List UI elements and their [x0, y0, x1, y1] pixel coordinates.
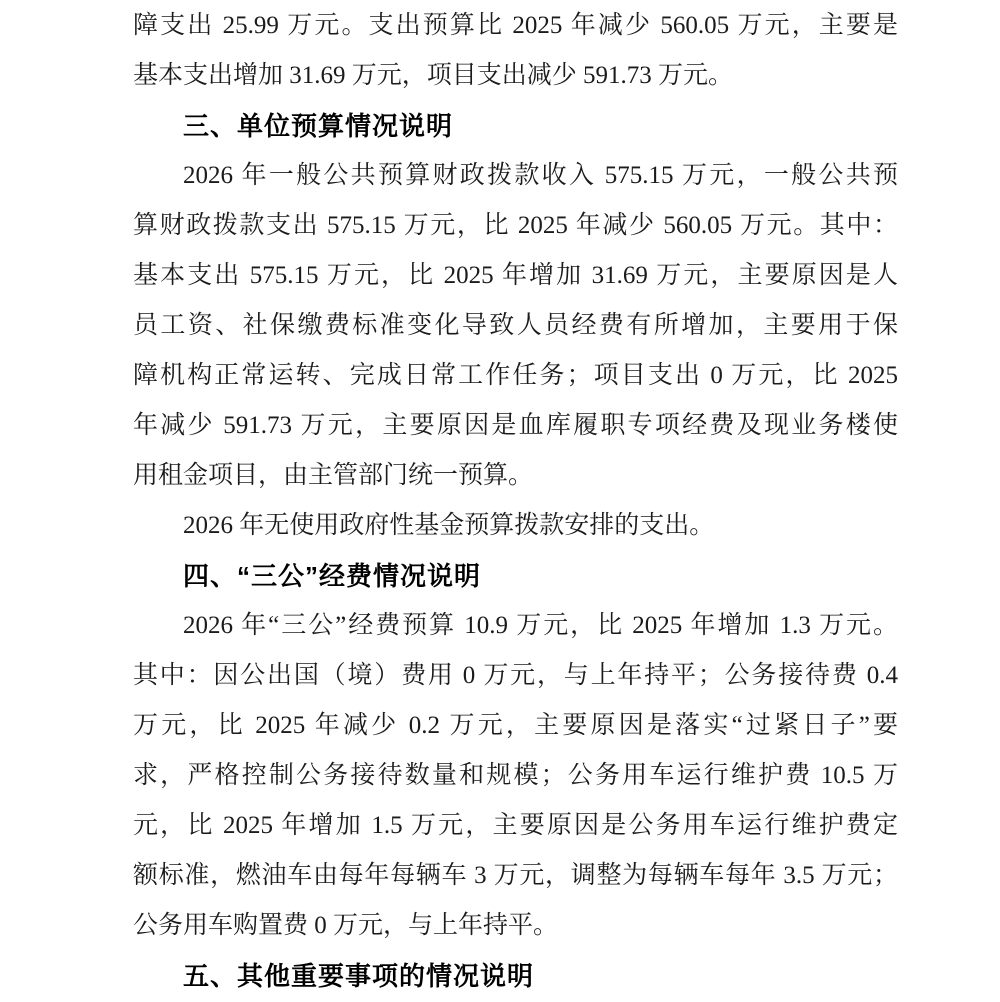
- text-line: 2026 年“三公”经费预算 10.9 万元，比 2025 年增加 1.3 万元…: [133, 601, 898, 651]
- text-line: 2026 年一般公共预算财政拨款收入 575.15 万元，一般公共预: [133, 151, 898, 201]
- text-line: 基本支出 575.15 万元，比 2025 年增加 31.69 万元，主要原因是…: [133, 251, 898, 301]
- text-line: 求，严格控制公务接待数量和规模；公务用车运行维护费 10.5 万: [133, 751, 898, 801]
- text-line: 用租金项目，由主管部门统一预算。: [133, 451, 898, 501]
- text-line: 障支出 25.99 万元。支出预算比 2025 年减少 560.05 万元，主要…: [133, 1, 898, 51]
- text-line: 障机构正常运转、完成日常工作任务；项目支出 0 万元，比 2025: [133, 351, 898, 401]
- text-line: 额标准，燃油车由每年每辆车 3 万元，调整为每辆车每年 3.5 万元；: [133, 851, 898, 901]
- text-line: 算财政拨款支出 575.15 万元，比 2025 年减少 560.05 万元。其…: [133, 201, 898, 251]
- text-line: 公务用车购置费 0 万元，与上年持平。: [133, 901, 898, 951]
- text-line: 其中：因公出国（境）费用 0 万元，与上年持平；公务接待费 0.4: [133, 651, 898, 701]
- heading-section-5: 五、其他重要事项的情况说明: [133, 951, 898, 1001]
- text-line: 年减少 591.73 万元，主要原因是血库履职专项经费及现业务楼使: [133, 401, 898, 451]
- text-line: 万元，比 2025 年减少 0.2 万元，主要原因是落实“过紧日子”要: [133, 701, 898, 751]
- document-page: 障支出 25.99 万元。支出预算比 2025 年减少 560.05 万元，主要…: [0, 0, 1000, 1002]
- text-line: 基本支出增加 31.69 万元，项目支出减少 591.73 万元。: [133, 51, 898, 101]
- document-content: 障支出 25.99 万元。支出预算比 2025 年减少 560.05 万元，主要…: [0, 0, 1000, 1001]
- text-line: 2026 年无使用政府性基金预算拨款安排的支出。: [133, 501, 898, 551]
- heading-section-3: 三、单位预算情况说明: [133, 101, 898, 151]
- text-line: 元，比 2025 年增加 1.5 万元，主要原因是公务用车运行维护费定: [133, 801, 898, 851]
- text-line: 员工资、社保缴费标准变化导致人员经费有所增加，主要用于保: [133, 301, 898, 351]
- heading-section-4: 四、“三公”经费情况说明: [133, 551, 898, 601]
